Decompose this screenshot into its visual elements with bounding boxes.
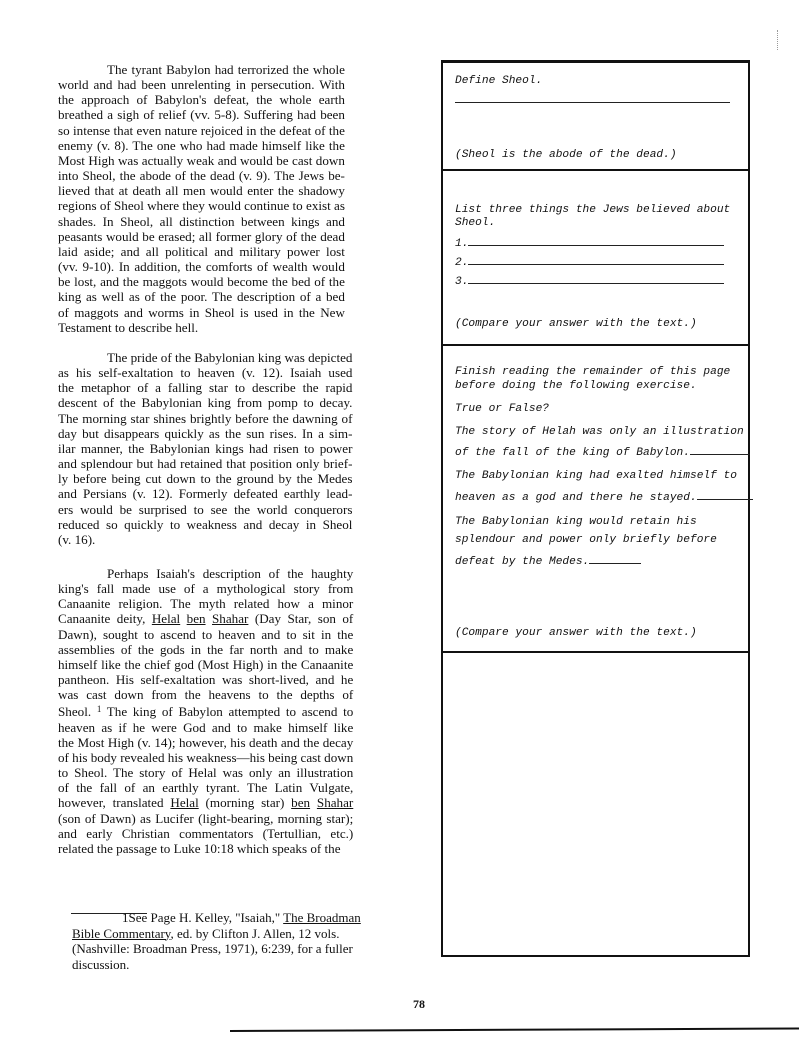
question-text: defeat by the Medes.	[455, 556, 589, 568]
list-beliefs-box: List three things the Jews believed abou…	[443, 171, 748, 346]
footnote-line: discussion.	[72, 957, 444, 973]
text-line: the metaphor of a falling star to descri…	[58, 380, 352, 395]
text-line: world and had been unrelenting in persec…	[58, 77, 345, 92]
paragraph-babylon-terror: The tyrant Babylon had terrorized the wh…	[58, 62, 345, 335]
paragraph-pride-of-king: The pride of the Babylonian king was dep…	[58, 350, 352, 547]
question-prompt: Define Sheol.	[455, 75, 542, 88]
instruction: before doing the following exercise.	[455, 380, 697, 393]
text-line: (vv. 9-10). In addition, the comforts of…	[58, 259, 345, 274]
text-line: so intense that even nature rejoiced in …	[58, 123, 345, 138]
text-line: and early Christian commentators (Tertul…	[58, 826, 353, 841]
footnote-line: 1See Page H. Kelley, "Isaiah," The Broad…	[72, 910, 444, 926]
answer-key: (Sheol is the abode of the dead.)	[455, 149, 677, 162]
item-number: 2.	[455, 257, 468, 269]
question-text: heaven as a god and there he stayed.	[455, 492, 697, 504]
text-line: king as well as of the poor. The descrip…	[58, 289, 345, 304]
text-line: breathed a sigh of relief (vv. 5-8). Suf…	[58, 107, 345, 122]
item-number: 3.	[455, 276, 468, 288]
text-line: (son of Dawn) as Lucifer (light-bearing,…	[58, 811, 353, 826]
text-line: and Persians (v. 12). Formerly defeated …	[58, 486, 352, 501]
underlined-term: Helal	[170, 795, 198, 810]
page-number: 78	[413, 997, 425, 1012]
footnote: 1See Page H. Kelley, "Isaiah," The Broad…	[72, 910, 444, 972]
text-line: The pride of the Babylonian king was dep…	[58, 350, 352, 365]
answer-blank[interactable]	[468, 273, 724, 284]
text-line: of maggots and worms in Sheol is used in…	[58, 305, 345, 320]
underlined-term: ben	[291, 795, 310, 810]
underlined-term: Shahar	[317, 795, 353, 810]
text-line: as his self-exaltation to heaven (v. 12)…	[58, 365, 352, 380]
text-line: ilar manner, the Babylonian kings had ri…	[58, 441, 352, 456]
text-line: Sheol. 1 The king of Babylon attempted t…	[58, 702, 353, 719]
text-line: into Sheol, the abode of the dead (v. 9)…	[58, 168, 345, 183]
text-line: regions of Sheol where they would contin…	[58, 198, 345, 213]
underlined-term: ben	[187, 611, 206, 626]
list-item-3: 3.	[455, 273, 724, 289]
text-line: enemy (v. 8). The one who had made himse…	[58, 138, 345, 153]
text-line: to Sheol. The story of Helal was only an…	[58, 765, 353, 780]
text-line: lieved that at death all men would enter…	[58, 183, 345, 198]
text-line: pantheon. His self-exaltation was short-…	[58, 672, 353, 687]
compare-note: (Compare your answer with the text.)	[455, 627, 697, 640]
text-line: related the passage to Luke 10:18 which …	[58, 841, 353, 856]
text-line: reduced so quickly to weakness and decay…	[58, 517, 352, 532]
text-line: descent of the Babylonian king from pomp…	[58, 395, 352, 410]
text-line: ly before being cut down to the ground b…	[58, 471, 352, 486]
answer-blank[interactable]	[468, 254, 724, 265]
answer-line[interactable]	[455, 102, 730, 103]
item-number: 1.	[455, 238, 468, 250]
text-line: king's fall made use of a mythological s…	[58, 581, 353, 596]
text-fragment: (morning star)	[199, 795, 291, 810]
scan-artifact	[777, 30, 779, 50]
question-prompt: Sheol.	[455, 217, 495, 230]
list-item-2: 2.	[455, 254, 724, 270]
text-fragment: however, translated	[58, 795, 170, 810]
compare-note: (Compare your answer with the text.)	[455, 318, 697, 331]
text-line: The tyrant Babylon had terrorized the wh…	[58, 62, 345, 77]
text-line: Most High was actually weak and would be…	[58, 153, 345, 168]
instruction: Finish reading the remainder of this pag…	[455, 366, 730, 379]
book-title: Bible Commentary	[72, 926, 170, 941]
study-sidebar: Define Sheol. (Sheol is the abode of the…	[441, 60, 750, 957]
text-line: heaven as if he were God and to make him…	[58, 720, 353, 735]
text-fragment: See Page H. Kelley, "Isaiah,"	[129, 910, 284, 925]
text-line: assemblies of the gods in the far north …	[58, 642, 353, 657]
question-3: splendour and power only briefly before	[455, 534, 717, 547]
text-line: ers would be surprised to see the world …	[58, 502, 352, 517]
underlined-term: Shahar	[212, 611, 248, 626]
text-line: Canaanite religion. The myth related how…	[58, 596, 353, 611]
bottom-rule	[230, 1028, 799, 1032]
question-3: defeat by the Medes.	[455, 553, 641, 569]
text-line: day but disappears quickly as the sun ri…	[58, 426, 352, 441]
text-line: peasants would be erased; all former glo…	[58, 229, 345, 244]
text-line: Perhaps Isaiah's description of the haug…	[58, 566, 353, 581]
list-item-1: 1.	[455, 235, 724, 251]
text-line: of his body revealed his weakness—his be…	[58, 750, 353, 765]
question-2: heaven as a god and there he stayed.	[455, 489, 753, 505]
question-2: The Babylonian king had exalted himself …	[455, 470, 737, 483]
text-line: was cast down from the heavens to the de…	[58, 687, 353, 702]
text-line: of the fall of an earthly tyrant. The La…	[58, 780, 353, 795]
text-line: the approach of Babylon's defeat, the wh…	[58, 92, 345, 107]
text-fragment: (Day Star, son of	[248, 611, 353, 626]
text-fragment: The king of Babylon attempted to ascend …	[101, 704, 353, 719]
text-fragment: Canaanite deity,	[58, 611, 152, 626]
question-1: of the fall of the king of Babylon.	[455, 444, 750, 460]
text-fragment: Sheol.	[58, 704, 91, 719]
question-1: The story of Helah was only an illustrat…	[455, 426, 744, 439]
text-line: Canaanite deity, Helal ben Shahar (Day S…	[58, 611, 353, 626]
text-line: (v. 16).	[58, 532, 352, 547]
underlined-term: Helal	[152, 611, 180, 626]
text-fragment: , ed. by Clifton J. Allen, 12 vols.	[170, 926, 339, 941]
text-line: himself like the chief god (Most High) i…	[58, 657, 353, 672]
text-line: Testament to describe hell.	[58, 320, 345, 335]
answer-blank[interactable]	[468, 235, 724, 246]
text-line: be lost, and the maggots would become th…	[58, 274, 345, 289]
paragraph-helal-myth: Perhaps Isaiah's description of the haug…	[58, 566, 353, 856]
footnote-line: Bible Commentary, ed. by Clifton J. Alle…	[72, 926, 444, 942]
question-text: of the fall of the king of Babylon.	[455, 447, 690, 459]
text-line: and splendour but had retained that posi…	[58, 456, 352, 471]
true-false-box: Finish reading the remainder of this pag…	[443, 346, 748, 653]
book-title: The Broadman	[283, 910, 361, 925]
footnote-line: (Nashville: Broadman Press, 1971), 6:239…	[72, 941, 444, 957]
question-3: The Babylonian king would retain his	[455, 516, 697, 529]
empty-note-box	[443, 653, 748, 957]
answer-blank[interactable]	[589, 553, 641, 564]
text-line: laid aside; and all political and milita…	[58, 244, 345, 259]
text-line: however, translated Helal (morning star)…	[58, 795, 353, 810]
define-sheol-box: Define Sheol. (Sheol is the abode of the…	[443, 63, 748, 171]
answer-blank[interactable]	[697, 489, 753, 500]
exercise-heading: True or False?	[455, 403, 549, 416]
text-line: The morning star shines brightly before …	[58, 411, 352, 426]
text-line: shades. In Sheol, all distinction betwee…	[58, 214, 345, 229]
text-line: the Most High (v. 14); however, his deat…	[58, 735, 353, 750]
text-line: Dawn), sought to ascend to heaven and to…	[58, 627, 353, 642]
question-prompt: List three things the Jews believed abou…	[455, 204, 730, 217]
answer-blank[interactable]	[690, 444, 750, 455]
